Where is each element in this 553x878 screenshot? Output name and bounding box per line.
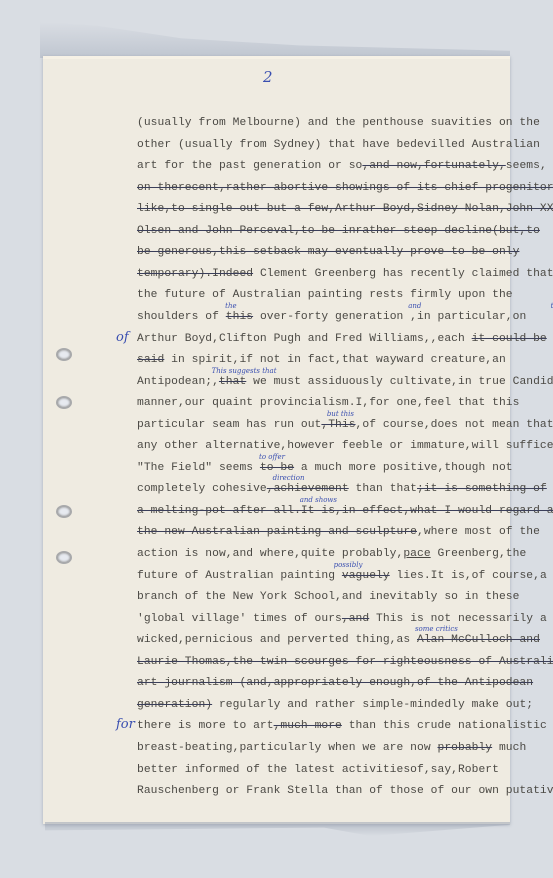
typed-line: 'global village' times of ours,and This … <box>137 613 547 625</box>
typed-line: any other alternative,however feeble or … <box>137 440 553 452</box>
typed-line: generation) regularly and rather simple-… <box>137 699 533 711</box>
text-run: ,where most of the <box>417 526 540 538</box>
typed-line: "The Field" seems to be a much more posi… <box>137 462 513 474</box>
underlined-text: pace <box>403 548 430 560</box>
text-run: "The Field" seems <box>137 462 260 474</box>
text-run: particular seam has run out <box>137 419 321 431</box>
handwritten-insertion: and <box>408 302 421 310</box>
handwritten-insertion: the <box>225 302 236 310</box>
struck-text: ,achievement <box>267 483 349 495</box>
text-run: seems, <box>506 160 547 172</box>
handwritten-insertion: but this <box>327 410 354 418</box>
handwritten-insertion: some critics <box>415 625 458 633</box>
typed-line: Antipodean;,that we must assiduously cul… <box>137 376 553 388</box>
text-run: there is more to art <box>137 720 274 732</box>
text-run: ,of course,does not mean that <box>356 419 553 431</box>
text-run: Antipodean;, <box>137 376 219 388</box>
typed-line: art journalism (and,appropriately enough… <box>137 677 533 689</box>
struck-text: it could be <box>472 333 547 345</box>
text-run: Arthur Boyd,Clifton Pugh and Fred Willia… <box>137 333 472 345</box>
punch-hole <box>56 396 72 409</box>
text-run: This is not necessarily a <box>369 613 547 625</box>
text-run: than that <box>349 483 417 495</box>
typed-line: future of Australian painting vaguely li… <box>137 570 547 582</box>
text-run: wicked,pernicious and perverted thing,as <box>137 634 417 646</box>
punch-hole <box>56 551 72 564</box>
typed-line: the future of Australian painting rests … <box>137 289 513 301</box>
struck-text: on therecent,rather abortive showings of… <box>137 182 553 194</box>
text-run: a much more positive,though not <box>294 462 513 474</box>
text-run: much <box>492 742 526 754</box>
typed-line: art for the past generation or so,and no… <box>137 160 547 172</box>
struck-text: that <box>219 376 246 388</box>
text-run: Rauschenberg or Frank Stella than of tho… <box>137 785 553 797</box>
text-run: in spirit,if not in fact,that wayward cr… <box>164 354 505 366</box>
text-run: we must assiduously cultivate,in true Ca… <box>246 376 553 388</box>
handwritten-page-number: 2 <box>263 68 273 86</box>
text-run: shoulders of <box>137 311 226 323</box>
punch-hole <box>56 505 72 518</box>
struck-text: Laurie Thomas,the twin scourges for righ… <box>137 656 553 668</box>
text-run: any other alternative,however feeble or … <box>137 440 553 452</box>
struck-text: art journalism (and,appropriately enough… <box>137 677 533 689</box>
typed-line: shoulders of this over-forty generation … <box>137 311 526 323</box>
struck-text: said <box>137 354 164 366</box>
text-run: future of Australian painting <box>137 570 342 582</box>
typed-line: a melting-pot after all.It is,in effect,… <box>137 505 553 517</box>
struck-text: vaguely <box>342 570 390 582</box>
typed-line: breast-beating,particularly when we are … <box>137 742 526 754</box>
typed-line: there is more to art,much more than this… <box>137 720 547 732</box>
typed-line: Rauschenberg or Frank Stella than of tho… <box>137 785 553 797</box>
struck-text: be generous,this setback may eventually … <box>137 246 519 258</box>
text-run: Clement Greenberg has recently claimed t… <box>253 268 553 280</box>
struck-text: the new Australian painting and sculptur… <box>137 526 417 538</box>
text-run: the future of Australian painting rests … <box>137 289 513 301</box>
typed-line: branch of the New York School,and inevit… <box>137 591 519 603</box>
handwritten-insertion: to offer <box>259 453 285 461</box>
struck-text: Alan McCulloch and <box>417 634 540 646</box>
struck-text: to be <box>260 462 294 474</box>
typed-line: action is now,and where,quite probably,p… <box>137 548 526 560</box>
typed-line: Laurie Thomas,the twin scourges for righ… <box>137 656 553 668</box>
text-run: art for the past generation or so <box>137 160 362 172</box>
typed-line: completely cohesive,achievement than tha… <box>137 483 547 495</box>
text-run: better informed of the latest activities… <box>137 764 499 776</box>
typed-line: Arthur Boyd,Clifton Pugh and Fred Willia… <box>137 333 547 345</box>
typed-line: other (usually from Sydney) that have be… <box>137 139 540 151</box>
struck-text: ,and <box>342 613 369 625</box>
struck-text: ,and now,fortunately, <box>362 160 505 172</box>
handwritten-insertion: possibly <box>334 561 363 569</box>
struck-text: this <box>226 311 253 323</box>
punch-hole <box>56 348 72 361</box>
text-run: action is now,and where,quite probably, <box>137 548 403 560</box>
text-run: breast-beating,particularly when we are … <box>137 742 438 754</box>
typed-line: wicked,pernicious and perverted thing,as… <box>137 634 540 646</box>
typed-line: on therecent,rather abortive showings of… <box>137 182 553 194</box>
handwritten-insertion: and shows <box>300 496 337 504</box>
text-run: lies.It is,of course,a <box>390 570 547 582</box>
typed-line: temporary).Indeed Clement Greenberg has … <box>137 268 553 280</box>
text-run: 'global village' times of ours <box>137 613 342 625</box>
typed-line: particular seam has run out,This,of cour… <box>137 419 553 431</box>
struck-text: like,to single out but a few,Arthur Boyd… <box>137 203 553 215</box>
typed-line: manner,our quaint provincialism.I,for on… <box>137 397 519 409</box>
text-run: completely cohesive <box>137 483 267 495</box>
handwritten-insertion: This suggests that <box>212 367 277 375</box>
text-run: regularly and rather simple-mindedly mak… <box>212 699 533 711</box>
text-run: Greenberg,the <box>431 548 527 560</box>
page-shadow-bottom <box>45 822 510 836</box>
struck-text: ,much more <box>274 720 342 732</box>
handwritten-insertion: direction <box>273 474 305 482</box>
typed-line: said in spirit,if not in fact,that waywa… <box>137 354 506 366</box>
typed-line: like,to single out but a few,Arthur Boyd… <box>137 203 553 215</box>
struck-text: ,This <box>321 419 355 431</box>
text-run: than this crude nationalistic <box>342 720 547 732</box>
text-run: manner,our quaint provincialism.I,for on… <box>137 397 519 409</box>
struck-text: ;it is something of <box>417 483 547 495</box>
typed-line: the new Australian painting and sculptur… <box>137 526 540 538</box>
struck-text: Olsen and John Perceval,to be inrather s… <box>137 225 540 237</box>
typed-line: be generous,this setback may eventually … <box>137 246 519 258</box>
typed-line: (usually from Melbourne) and the penthou… <box>137 117 540 129</box>
handwritten-margin-note: of <box>116 330 129 345</box>
page-shadow <box>40 22 510 58</box>
text-run: other (usually from Sydney) that have be… <box>137 139 540 151</box>
handwritten-margin-note: for <box>116 717 135 732</box>
text-run: (usually from Melbourne) and the penthou… <box>137 117 540 129</box>
text-run: over-forty generation ,in particular,on <box>253 311 526 323</box>
struck-text: probably <box>438 742 493 754</box>
struck-text: temporary).Indeed <box>137 268 253 280</box>
typed-line: better informed of the latest activities… <box>137 764 499 776</box>
struck-text: generation) <box>137 699 212 711</box>
typed-line: Olsen and John Perceval,to be inrather s… <box>137 225 540 237</box>
struck-text: a melting-pot after all.It is,in effect,… <box>137 505 553 517</box>
text-run: branch of the New York School,and inevit… <box>137 591 519 603</box>
